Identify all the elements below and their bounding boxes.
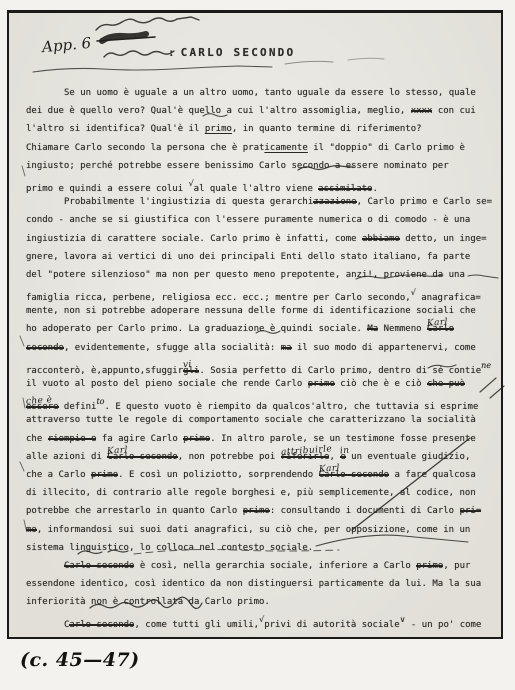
title-colon: : — [168, 46, 175, 59]
typescript-line: Se un uomo è uguale a un altro uomo, tan… — [26, 84, 502, 102]
struck-text: riempie e — [48, 434, 97, 444]
struck-text: primo — [243, 506, 270, 516]
typescript-line: dei due è quello vero? Qual'è quello a c… — [26, 102, 502, 120]
typed-text: , informandosi sui suoi dati anagrafici,… — [37, 525, 470, 535]
typed-text: , evidentemente, sfugge alla socialità: — [64, 343, 281, 353]
typescript-line: ingiusto; perché potrebbe essere benissi… — [26, 157, 502, 175]
struck-text: primo — [183, 434, 210, 444]
typed-text: Se un uomo è uguale a un altro uomo, tan… — [64, 88, 476, 98]
handwritten-correction: attribuirle — [280, 440, 332, 462]
folio-caption: (c. 45—47) — [20, 649, 140, 671]
typed-text: che — [26, 434, 48, 444]
struck-text: che può — [427, 379, 465, 389]
handwritten-correction: in — [340, 441, 351, 460]
typed-text: a fare qualcosa — [389, 470, 476, 480]
typed-text: privi di autorità sociale — [264, 620, 399, 630]
typed-text: il suo modo di appartenervi, come — [292, 343, 476, 353]
struck-text: primo — [91, 470, 118, 480]
struck-text: Carlo secondo — [64, 561, 134, 571]
typescript-line: secondo, evidentemente, sfugge alla soci… — [26, 339, 502, 357]
typed-text: dei due è quello vero? Qual'è quello a c… — [26, 106, 411, 116]
typed-text: con cui — [432, 106, 475, 116]
scanned-manuscript-page: { "scan": { "header": { "annotation": "A… — [0, 0, 515, 690]
typescript-line: inferiorità non è controllata da Carlo p… — [26, 593, 502, 611]
typescript-body: Se un uomo è uguale a un altro uomo, tan… — [26, 84, 502, 630]
typescript-line: famiglia ricca, perbene, religiosa ecc. … — [26, 284, 502, 302]
insertion-caret: ne — [481, 361, 491, 370]
underlined-text: primo — [205, 124, 232, 134]
typescript-line: sistema linguistico, lo colloca nel cont… — [26, 539, 502, 557]
typed-text: Nemmeno — [378, 324, 427, 334]
handwritten-correction: Karl — [318, 459, 340, 479]
struck-text: Ma — [367, 324, 378, 334]
typed-text: potrebbe che arrestarlo in quanto Carlo — [26, 506, 243, 516]
typed-text: gnere, lavora ai vertici di uno dei prin… — [26, 252, 470, 262]
typescript-line: Probabilmente l'ingiustizia di questa ge… — [26, 193, 502, 211]
typescript-line: racconterò, è,appunto,sfuggirglivi. Sosi… — [26, 357, 502, 375]
typescript-line: che a Carlo primo. E così un poliziotto,… — [26, 466, 502, 484]
struck-text: ein — [340, 452, 345, 462]
typed-text: sistema linguistico, lo colloca nel cont… — [26, 543, 313, 553]
typed-text: : consultando i documenti di Carlo — [270, 506, 460, 516]
typescript-line: condo - anche se si giustifica con l'ess… — [26, 211, 502, 229]
handwritten-correction: che è — [25, 391, 53, 411]
typed-text: di illecito, di contrario alle regole bo… — [26, 488, 476, 498]
typescript-line: l'altro si identifica? Qual'è il primo, … — [26, 120, 502, 138]
typed-text: del "potere silenzioso" ma non per quest… — [26, 270, 465, 280]
typescript-line: di illecito, di contrario alle regole bo… — [26, 484, 502, 502]
typed-text: alle azioni di — [26, 452, 107, 462]
typescript-line: Carlo secondo, come tutti gli umili,√pri… — [26, 611, 502, 629]
struck-text: essereche è — [26, 402, 59, 412]
typed-text: un eventuale giudizio, — [346, 452, 471, 462]
struck-text: CarloKarl — [427, 324, 454, 334]
typed-text: ingiusto; perché potrebbe essere benissi… — [26, 161, 449, 171]
struck-text: primo — [416, 561, 443, 571]
typescript-line: mo, informandosi sui suoi dati anagrafic… — [26, 521, 502, 539]
struck-text: xxxx — [411, 106, 433, 116]
struck-text: mo — [26, 525, 37, 535]
typed-text: , come tutti gli umili, — [134, 620, 259, 630]
typescript-line: essereche è definito. E questo vuoto è r… — [26, 393, 502, 411]
typed-text: è così, nella gerarchia sociale, inferio… — [134, 561, 416, 571]
typed-text: ho adoperato per Carlo primo. La graduaz… — [26, 324, 367, 334]
typed-text: , non potrebbe poi — [178, 452, 281, 462]
typescript-line: del "potere silenzioso" ma non per quest… — [26, 266, 502, 284]
typed-text: , Carlo primo e Carlo se= — [357, 197, 492, 207]
struck-text: Carlo secondoKarl — [107, 452, 177, 462]
struck-text: primo — [308, 379, 335, 389]
title-row: :CARLO SECONDO — [168, 41, 295, 60]
typed-text: l'altro si identifica? Qual'è il — [26, 124, 205, 134]
typed-text: Chiamare Carlo secondo la persona che è … — [26, 143, 264, 153]
struck-text: arlo secondo — [69, 620, 134, 630]
typescript-line: ho adoperato per Carlo primo. La graduaz… — [26, 320, 502, 338]
typed-text: condo - anche se si giustifica con l'ess… — [26, 215, 470, 225]
typed-text: ingiustizia di carattere sociale. Carlo … — [26, 234, 362, 244]
handwritten-correction: vi — [183, 356, 193, 375]
struck-text: Carlo secondoKarl — [319, 470, 389, 480]
typed-text: - un po' come — [406, 620, 482, 630]
typescript-line: che riempie e fa agire Carlo primo. In a… — [26, 430, 502, 448]
typed-text: essendone identico, così identico da non… — [26, 579, 481, 589]
typed-text: . E così un poliziotto, sorprendendo — [118, 470, 318, 480]
typescript-line: potrebbe che arrestarlo in quanto Carlo … — [26, 502, 502, 520]
struck-text: glivi — [183, 366, 199, 376]
typed-text: inferiorità non è controllata da Carlo p… — [26, 597, 270, 607]
typescript-line: alle azioni di Carlo secondoKarl, non po… — [26, 448, 502, 466]
typed-text: detto, un inge= — [400, 234, 487, 244]
struck-text: abbiamo — [362, 234, 400, 244]
struck-text: zzazione — [313, 197, 356, 207]
typescript-line: attraverso tutte le regole di comportame… — [26, 411, 502, 429]
page-title: CARLO SECONDO — [181, 46, 296, 59]
typed-text: attraverso tutte le regole di comportame… — [26, 415, 476, 425]
typescript-line: essendone identico, così identico da non… — [26, 575, 502, 593]
typed-text: il vuoto al posto del pieno sociale che … — [26, 379, 308, 389]
typescript-line: il vuoto al posto del pieno sociale che … — [26, 375, 502, 393]
typed-text: Probabilmente l'ingiustizia di questa ge… — [64, 197, 313, 207]
handwritten-correction: Karl — [426, 314, 448, 334]
typed-text: , pur — [443, 561, 470, 571]
struck-text: secondo — [26, 343, 64, 353]
typescript-line: ingiustizia di carattere sociale. Carlo … — [26, 230, 502, 248]
typed-text: il "doppio" di Carlo primo è — [308, 143, 465, 153]
typed-text: ciò che è e ciò — [335, 379, 427, 389]
handwritten-correction: Karl — [107, 441, 129, 461]
typescript-line: Carlo secondo è così, nella gerarchia so… — [26, 557, 502, 575]
struck-text: pri= — [460, 506, 482, 516]
typescript-line: primo e quindi a essere colui √al quale … — [26, 175, 502, 193]
typescript-line: Chiamare Carlo secondo la persona che è … — [26, 139, 502, 157]
underlined-text: icamente — [264, 143, 307, 153]
typed-text: mente, non si potrebbe adoperare nessuna… — [26, 306, 476, 316]
typed-text: , in quanto termine di riferimento? — [232, 124, 422, 134]
typed-text: che a Carlo — [26, 470, 91, 480]
struck-text: ma — [281, 343, 292, 353]
typescript-line: gnere, lavora ai vertici di uno dei prin… — [26, 248, 502, 266]
